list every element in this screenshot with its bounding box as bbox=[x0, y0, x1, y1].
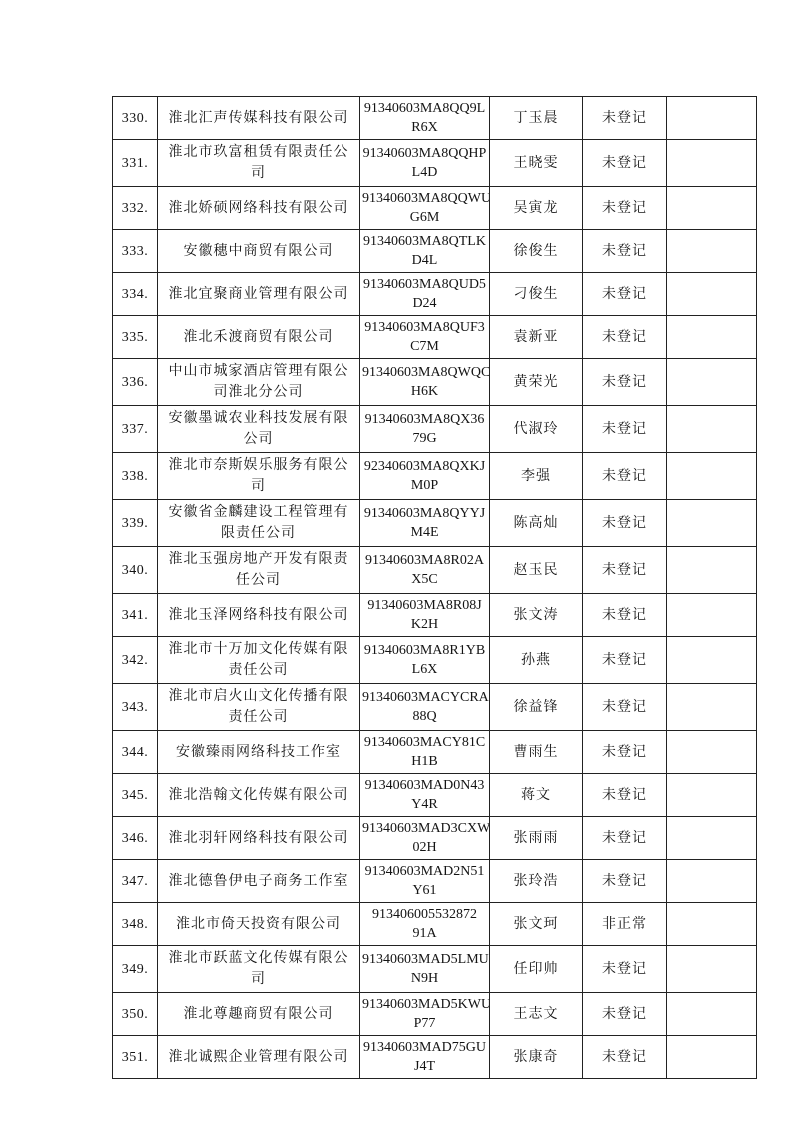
empty-cell bbox=[667, 637, 757, 684]
empty-cell bbox=[667, 359, 757, 406]
credit-code-line2: H6K bbox=[362, 382, 487, 401]
legal-person-cell: 张康奇 bbox=[490, 1036, 583, 1079]
credit-code-line1: 91340603MA8QUD5 bbox=[362, 275, 487, 294]
credit-code-cell: 91340603MAD2N51 Y61 bbox=[360, 860, 490, 903]
credit-code-line1: 91340603MACYCRA bbox=[362, 688, 487, 707]
company-name-cell: 淮北德鲁伊电子商务工作室 bbox=[158, 860, 360, 903]
credit-code-cell: 91340603MAD5LMU N9H bbox=[360, 946, 490, 993]
row-number-cell: 335. bbox=[113, 316, 158, 359]
credit-code-cell: 91340603MA8QQWU G6M bbox=[360, 187, 490, 230]
credit-code-cell: 91340603MAD5KWU P77 bbox=[360, 993, 490, 1036]
table-row: 345. 淮北浩翰文化传媒有限公司 91340603MAD0N43 Y4R 蒋文… bbox=[113, 774, 757, 817]
legal-person-cell: 吴寅龙 bbox=[490, 187, 583, 230]
credit-code-line2: D24 bbox=[362, 294, 487, 313]
company-registration-table: 330. 淮北汇声传媒科技有限公司 91340603MA8QQ9L R6X 丁玉… bbox=[112, 96, 757, 1079]
legal-person-cell: 孙燕 bbox=[490, 637, 583, 684]
credit-code-cell: 91340603MA8R02A X5C bbox=[360, 547, 490, 594]
registration-status-cell: 未登记 bbox=[583, 187, 667, 230]
company-name-cell: 中山市城家酒店管理有限公司淮北分公司 bbox=[158, 359, 360, 406]
credit-code-line2: 79G bbox=[362, 429, 487, 448]
credit-code-cell: 91340603MA8R1YB L6X bbox=[360, 637, 490, 684]
empty-cell bbox=[667, 273, 757, 316]
row-number-cell: 336. bbox=[113, 359, 158, 406]
credit-code-line1: 91340603MAD5KWU bbox=[362, 995, 487, 1014]
credit-code-line2: C7M bbox=[362, 337, 487, 356]
registration-status-cell: 未登记 bbox=[583, 230, 667, 273]
empty-cell bbox=[667, 547, 757, 594]
company-name-cell: 淮北宜聚商业管理有限公司 bbox=[158, 273, 360, 316]
row-number-cell: 341. bbox=[113, 594, 158, 637]
registration-status-cell: 未登记 bbox=[583, 547, 667, 594]
row-number-cell: 349. bbox=[113, 946, 158, 993]
registration-status-cell: 未登记 bbox=[583, 637, 667, 684]
legal-person-cell: 王晓雯 bbox=[490, 140, 583, 187]
table-row: 340. 淮北玉强房地产开发有限责任公司 91340603MA8R02A X5C… bbox=[113, 547, 757, 594]
legal-person-cell: 张文珂 bbox=[490, 903, 583, 946]
company-name-cell: 淮北禾渡商贸有限公司 bbox=[158, 316, 360, 359]
legal-person-cell: 任印帅 bbox=[490, 946, 583, 993]
registration-status-cell: 未登记 bbox=[583, 594, 667, 637]
table-row: 335. 淮北禾渡商贸有限公司 91340603MA8QUF3 C7M 袁新亚 … bbox=[113, 316, 757, 359]
row-number-cell: 348. bbox=[113, 903, 158, 946]
company-name-cell: 淮北浩翰文化传媒有限公司 bbox=[158, 774, 360, 817]
credit-code-cell: 91340603MA8QQ9L R6X bbox=[360, 97, 490, 140]
credit-code-line1: 91340603MA8QQHP bbox=[362, 144, 487, 163]
credit-code-cell: 91340603MA8R08J K2H bbox=[360, 594, 490, 637]
empty-cell bbox=[667, 316, 757, 359]
company-name-cell: 淮北娇硕网络科技有限公司 bbox=[158, 187, 360, 230]
registration-status-cell: 未登记 bbox=[583, 993, 667, 1036]
table-row: 350. 淮北尊趣商贸有限公司 91340603MAD5KWU P77 王志文 … bbox=[113, 993, 757, 1036]
credit-code-line1: 91340603MA8R02A bbox=[362, 551, 487, 570]
credit-code-cell: 91340603MA8QQHP L4D bbox=[360, 140, 490, 187]
credit-code-line1: 92340603MA8QXKJ bbox=[362, 457, 487, 476]
credit-code-line2: Y4R bbox=[362, 795, 487, 814]
credit-code-line1: 91340603MAD3CXW bbox=[362, 819, 487, 838]
row-number-cell: 350. bbox=[113, 993, 158, 1036]
credit-code-line2: Y61 bbox=[362, 881, 487, 900]
table-row: 339. 安徽省金麟建设工程管理有限责任公司 91340603MA8QYYJ M… bbox=[113, 500, 757, 547]
credit-code-line1: 91340603MAD5LMU bbox=[362, 950, 487, 969]
row-number-cell: 347. bbox=[113, 860, 158, 903]
credit-code-cell: 91340603MA8QX36 79G bbox=[360, 406, 490, 453]
table-row: 343. 淮北市启火山文化传播有限责任公司 91340603MACYCRA 88… bbox=[113, 684, 757, 731]
credit-code-line2: 88Q bbox=[362, 707, 487, 726]
row-number-cell: 333. bbox=[113, 230, 158, 273]
credit-code-line2: L4D bbox=[362, 163, 487, 182]
row-number-cell: 346. bbox=[113, 817, 158, 860]
registration-status-cell: 未登记 bbox=[583, 774, 667, 817]
row-number-cell: 343. bbox=[113, 684, 158, 731]
empty-cell bbox=[667, 684, 757, 731]
empty-cell bbox=[667, 1036, 757, 1079]
table-row: 351. 淮北诚熙企业管理有限公司 91340603MAD75GU J4T 张康… bbox=[113, 1036, 757, 1079]
table-row: 338. 淮北市奈斯娱乐服务有限公司 92340603MA8QXKJ M0P 李… bbox=[113, 453, 757, 500]
row-number-cell: 345. bbox=[113, 774, 158, 817]
legal-person-cell: 丁玉晨 bbox=[490, 97, 583, 140]
registration-status-cell: 未登记 bbox=[583, 359, 667, 406]
credit-code-cell: 92340603MA8QXKJ M0P bbox=[360, 453, 490, 500]
legal-person-cell: 刁俊生 bbox=[490, 273, 583, 316]
credit-code-line2: 02H bbox=[362, 838, 487, 857]
credit-code-cell: 91340603MAD75GU J4T bbox=[360, 1036, 490, 1079]
credit-code-line2: G6M bbox=[362, 208, 487, 227]
empty-cell bbox=[667, 500, 757, 547]
row-number-cell: 344. bbox=[113, 731, 158, 774]
credit-code-line1: 91340603MAD2N51 bbox=[362, 862, 487, 881]
company-name-cell: 淮北市玖富租赁有限责任公司 bbox=[158, 140, 360, 187]
legal-person-cell: 赵玉民 bbox=[490, 547, 583, 594]
company-name-cell: 淮北羽轩网络科技有限公司 bbox=[158, 817, 360, 860]
credit-code-line2: H1B bbox=[362, 752, 487, 771]
credit-code-cell: 91340603MACYCRA 88Q bbox=[360, 684, 490, 731]
company-name-cell: 淮北诚熙企业管理有限公司 bbox=[158, 1036, 360, 1079]
registration-status-cell: 未登记 bbox=[583, 316, 667, 359]
empty-cell bbox=[667, 817, 757, 860]
legal-person-cell: 代淑玲 bbox=[490, 406, 583, 453]
registration-status-cell: 未登记 bbox=[583, 453, 667, 500]
legal-person-cell: 陈高灿 bbox=[490, 500, 583, 547]
table-body: 330. 淮北汇声传媒科技有限公司 91340603MA8QQ9L R6X 丁玉… bbox=[113, 97, 757, 1079]
table-row: 331. 淮北市玖富租赁有限责任公司 91340603MA8QQHP L4D 王… bbox=[113, 140, 757, 187]
registration-status-cell: 未登记 bbox=[583, 406, 667, 453]
empty-cell bbox=[667, 774, 757, 817]
empty-cell bbox=[667, 97, 757, 140]
row-number-cell: 338. bbox=[113, 453, 158, 500]
document-page: 330. 淮北汇声传媒科技有限公司 91340603MA8QQ9L R6X 丁玉… bbox=[0, 0, 793, 1122]
legal-person-cell: 张文涛 bbox=[490, 594, 583, 637]
credit-code-line2: J4T bbox=[362, 1057, 487, 1076]
credit-code-line1: 91340603MA8R08J bbox=[362, 596, 487, 615]
registration-status-cell: 未登记 bbox=[583, 500, 667, 547]
credit-code-line2: M0P bbox=[362, 476, 487, 495]
empty-cell bbox=[667, 860, 757, 903]
credit-code-line2: N9H bbox=[362, 969, 487, 988]
row-number-cell: 339. bbox=[113, 500, 158, 547]
registration-status-cell: 未登记 bbox=[583, 97, 667, 140]
empty-cell bbox=[667, 993, 757, 1036]
table-row: 333. 安徽穗中商贸有限公司 91340603MA8QTLK D4L 徐俊生 … bbox=[113, 230, 757, 273]
empty-cell bbox=[667, 187, 757, 230]
credit-code-cell: 91340603MAD3CXW 02H bbox=[360, 817, 490, 860]
table-row: 342. 淮北市十万加文化传媒有限责任公司 91340603MA8R1YB L6… bbox=[113, 637, 757, 684]
credit-code-line2: D4L bbox=[362, 251, 487, 270]
row-number-cell: 331. bbox=[113, 140, 158, 187]
credit-code-cell: 91340603MA8QYYJ M4E bbox=[360, 500, 490, 547]
credit-code-line1: 91340603MA8QYYJ bbox=[362, 504, 487, 523]
credit-code-cell: 913406005532872 91A bbox=[360, 903, 490, 946]
credit-code-line2: P77 bbox=[362, 1014, 487, 1033]
legal-person-cell: 黄荣光 bbox=[490, 359, 583, 406]
credit-code-cell: 91340603MA8QUF3 C7M bbox=[360, 316, 490, 359]
legal-person-cell: 徐俊生 bbox=[490, 230, 583, 273]
credit-code-line1: 91340603MAD0N43 bbox=[362, 776, 487, 795]
registration-status-cell: 未登记 bbox=[583, 140, 667, 187]
credit-code-line1: 91340603MA8QX36 bbox=[362, 410, 487, 429]
credit-code-line1: 913406005532872 bbox=[362, 905, 487, 924]
row-number-cell: 332. bbox=[113, 187, 158, 230]
registration-status-cell: 未登记 bbox=[583, 946, 667, 993]
table-row: 344. 安徽臻雨网络科技工作室 91340603MACY81C H1B 曹雨生… bbox=[113, 731, 757, 774]
credit-code-line2: R6X bbox=[362, 118, 487, 137]
credit-code-line1: 91340603MA8R1YB bbox=[362, 641, 487, 660]
legal-person-cell: 张玲浩 bbox=[490, 860, 583, 903]
credit-code-line2: 91A bbox=[362, 924, 487, 943]
registration-status-cell: 未登记 bbox=[583, 731, 667, 774]
legal-person-cell: 袁新亚 bbox=[490, 316, 583, 359]
legal-person-cell: 李强 bbox=[490, 453, 583, 500]
empty-cell bbox=[667, 903, 757, 946]
empty-cell bbox=[667, 406, 757, 453]
company-name-cell: 淮北尊趣商贸有限公司 bbox=[158, 993, 360, 1036]
credit-code-cell: 91340603MAD0N43 Y4R bbox=[360, 774, 490, 817]
table-row: 347. 淮北德鲁伊电子商务工作室 91340603MAD2N51 Y61 张玲… bbox=[113, 860, 757, 903]
table-row: 336. 中山市城家酒店管理有限公司淮北分公司 91340603MA8QWQC … bbox=[113, 359, 757, 406]
company-name-cell: 安徽墨诚农业科技发展有限公司 bbox=[158, 406, 360, 453]
empty-cell bbox=[667, 594, 757, 637]
empty-cell bbox=[667, 731, 757, 774]
registration-status-cell: 未登记 bbox=[583, 273, 667, 316]
registration-status-cell: 未登记 bbox=[583, 860, 667, 903]
empty-cell bbox=[667, 140, 757, 187]
company-name-cell: 淮北玉泽网络科技有限公司 bbox=[158, 594, 360, 637]
credit-code-line1: 91340603MA8QWQC bbox=[362, 363, 487, 382]
registration-status-cell: 非正常 bbox=[583, 903, 667, 946]
registration-status-cell: 未登记 bbox=[583, 1036, 667, 1079]
credit-code-line1: 91340603MA8QUF3 bbox=[362, 318, 487, 337]
company-name-cell: 安徽省金麟建设工程管理有限责任公司 bbox=[158, 500, 360, 547]
table-row: 349. 淮北市跃蓝文化传媒有限公司 91340603MAD5LMU N9H 任… bbox=[113, 946, 757, 993]
credit-code-line2: X5C bbox=[362, 570, 487, 589]
row-number-cell: 351. bbox=[113, 1036, 158, 1079]
company-name-cell: 淮北市启火山文化传播有限责任公司 bbox=[158, 684, 360, 731]
registration-status-cell: 未登记 bbox=[583, 817, 667, 860]
empty-cell bbox=[667, 453, 757, 500]
company-name-cell: 安徽臻雨网络科技工作室 bbox=[158, 731, 360, 774]
credit-code-line1: 91340603MACY81C bbox=[362, 733, 487, 752]
legal-person-cell: 曹雨生 bbox=[490, 731, 583, 774]
row-number-cell: 330. bbox=[113, 97, 158, 140]
credit-code-cell: 91340603MA8QUD5 D24 bbox=[360, 273, 490, 316]
credit-code-line1: 91340603MAD75GU bbox=[362, 1038, 487, 1057]
table-row: 341. 淮北玉泽网络科技有限公司 91340603MA8R08J K2H 张文… bbox=[113, 594, 757, 637]
company-name-cell: 淮北市十万加文化传媒有限责任公司 bbox=[158, 637, 360, 684]
table-row: 334. 淮北宜聚商业管理有限公司 91340603MA8QUD5 D24 刁俊… bbox=[113, 273, 757, 316]
credit-code-line2: K2H bbox=[362, 615, 487, 634]
credit-code-line1: 91340603MA8QQ9L bbox=[362, 99, 487, 118]
table-row: 330. 淮北汇声传媒科技有限公司 91340603MA8QQ9L R6X 丁玉… bbox=[113, 97, 757, 140]
table-row: 332. 淮北娇硕网络科技有限公司 91340603MA8QQWU G6M 吴寅… bbox=[113, 187, 757, 230]
table-row: 337. 安徽墨诚农业科技发展有限公司 91340603MA8QX36 79G … bbox=[113, 406, 757, 453]
row-number-cell: 334. bbox=[113, 273, 158, 316]
credit-code-line2: M4E bbox=[362, 523, 487, 542]
credit-code-cell: 91340603MACY81C H1B bbox=[360, 731, 490, 774]
credit-code-cell: 91340603MA8QWQC H6K bbox=[360, 359, 490, 406]
company-name-cell: 淮北玉强房地产开发有限责任公司 bbox=[158, 547, 360, 594]
registration-status-cell: 未登记 bbox=[583, 684, 667, 731]
company-name-cell: 淮北市跃蓝文化传媒有限公司 bbox=[158, 946, 360, 993]
company-name-cell: 淮北市倚天投资有限公司 bbox=[158, 903, 360, 946]
credit-code-line2: L6X bbox=[362, 660, 487, 679]
empty-cell bbox=[667, 946, 757, 993]
legal-person-cell: 蒋文 bbox=[490, 774, 583, 817]
legal-person-cell: 王志文 bbox=[490, 993, 583, 1036]
credit-code-cell: 91340603MA8QTLK D4L bbox=[360, 230, 490, 273]
row-number-cell: 340. bbox=[113, 547, 158, 594]
row-number-cell: 337. bbox=[113, 406, 158, 453]
company-name-cell: 安徽穗中商贸有限公司 bbox=[158, 230, 360, 273]
empty-cell bbox=[667, 230, 757, 273]
row-number-cell: 342. bbox=[113, 637, 158, 684]
legal-person-cell: 徐益锋 bbox=[490, 684, 583, 731]
table-row: 348. 淮北市倚天投资有限公司 913406005532872 91A 张文珂… bbox=[113, 903, 757, 946]
table-row: 346. 淮北羽轩网络科技有限公司 91340603MAD3CXW 02H 张雨… bbox=[113, 817, 757, 860]
company-name-cell: 淮北汇声传媒科技有限公司 bbox=[158, 97, 360, 140]
legal-person-cell: 张雨雨 bbox=[490, 817, 583, 860]
credit-code-line1: 91340603MA8QQWU bbox=[362, 189, 487, 208]
company-name-cell: 淮北市奈斯娱乐服务有限公司 bbox=[158, 453, 360, 500]
credit-code-line1: 91340603MA8QTLK bbox=[362, 232, 487, 251]
